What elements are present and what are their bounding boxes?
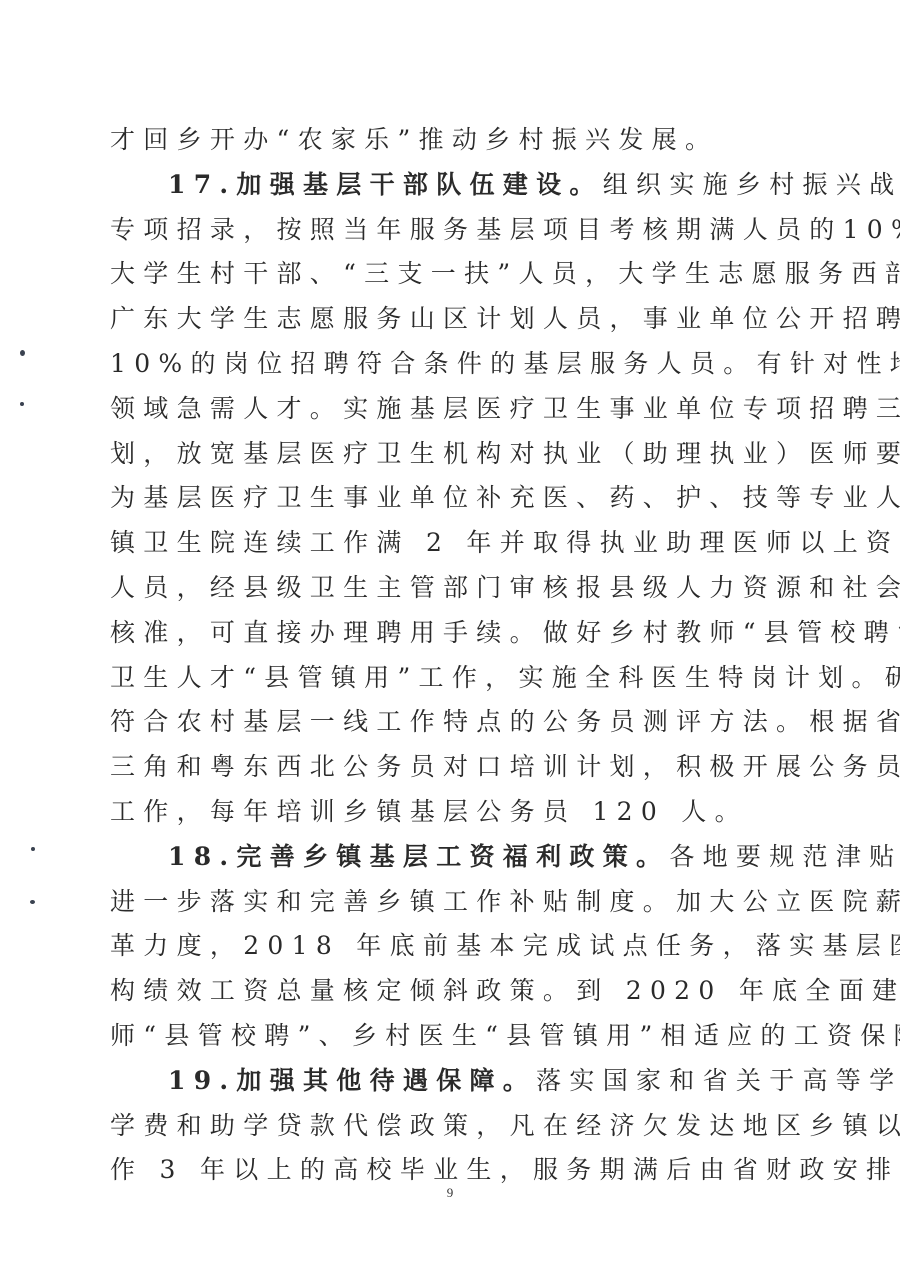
text-line: 符合农村基层一线工作特点的公务员测评方法。根据省下达的珠 (110, 700, 790, 745)
text-line: 进一步落实和完善乡镇工作补贴制度。加大公立医院薪酬制度改 (110, 880, 790, 925)
text-run: 落实国家和省关于高等学校毕业生 (536, 1066, 900, 1095)
text-line: 核准，可直接办理聘用手续。做好乡村教师“县管校聘”、基层 (110, 611, 790, 656)
section-19-first-line: 19.加强其他待遇保障。落实国家和省关于高等学校毕业生 (110, 1059, 790, 1104)
text-line: 工作，每年培训乡镇基层公务员 120 人。 (110, 790, 790, 835)
text-run: 各地要规范津贴补贴政策， (669, 842, 900, 871)
text-line: 构绩效工资总量核定倾斜政策。到 2020 年底全面建立与乡村教 (110, 969, 790, 1014)
section-number: 19. (168, 1066, 236, 1095)
text-line: 人员，经县级卫生主管部门审核报县级人力资源和社会保障部门 (110, 566, 790, 611)
text-line: 革力度，2018 年底前基本完成试点任务，落实基层医疗卫生机 (110, 924, 790, 969)
text-run: 组织实施乡村振兴战略公务员 (603, 170, 900, 199)
section-number: 18. (168, 842, 236, 871)
text-line: 师“县管校聘”、乡村医生“县管镇用”相适应的工资保障制度。 (110, 1014, 790, 1059)
section-number: 17. (168, 170, 236, 199)
section-heading: 完善乡镇基层工资福利政策。 (236, 842, 669, 871)
text-line: 镇卫生院连续工作满 2 年并取得执业助理医师以上资格的在岗 (110, 521, 790, 566)
text-line: 广东大学生志愿服务山区计划人员，事业单位公开招聘可拿出 (110, 297, 790, 342)
section-18-first-line: 18.完善乡镇基层工资福利政策。各地要规范津贴补贴政策， (110, 835, 790, 880)
text-line: 学费和助学贷款代偿政策，凡在经济欠发达地区乡镇以下基层工 (110, 1104, 790, 1149)
scan-speck (20, 350, 25, 356)
text-line: 划，放宽基层医疗卫生机构对执业（助理执业）医师要求，重点 (110, 432, 790, 477)
document-body: 才回乡开办“农家乐”推动乡村振兴发展。 17.加强基层干部队伍建设。组织实施乡村… (110, 118, 790, 1193)
text-line: 领域急需人才。实施基层医疗卫生事业单位专项招聘三年行动计 (110, 387, 790, 432)
page-number: 9 (440, 1185, 460, 1201)
text-line: 卫生人才“县管镇用”工作，实施全科医生特岗计划。研究制定 (110, 656, 790, 701)
text-line: 大学生村干部、“三支一扶”人员，大学生志愿服务西部计划和 (110, 252, 790, 297)
text-line: 专项招录，按照当年服务基层项目考核期满人员的10%定向招录 (110, 208, 790, 253)
text-line: 为基层医疗卫生事业单位补充医、药、护、技等专业人才。在乡 (110, 476, 790, 521)
section-heading: 加强其他待遇保障。 (236, 1066, 536, 1095)
scan-speck (20, 402, 24, 406)
text-line: 三角和粤东西北公务员对口培训计划，积极开展公务员对口培训 (110, 745, 790, 790)
text-line: 才回乡开办“农家乐”推动乡村振兴发展。 (110, 118, 790, 163)
text-line: 10%的岗位招聘符合条件的基层服务人员。有针对性地吸纳重点 (110, 342, 790, 387)
section-17-first-line: 17.加强基层干部队伍建设。组织实施乡村振兴战略公务员 (110, 163, 790, 208)
section-heading: 加强基层干部队伍建设。 (236, 170, 602, 199)
document-page: 才回乡开办“农家乐”推动乡村振兴发展。 17.加强基层干部队伍建设。组织实施乡村… (0, 0, 900, 1276)
scan-speck (31, 847, 35, 851)
scan-speck (30, 900, 35, 904)
